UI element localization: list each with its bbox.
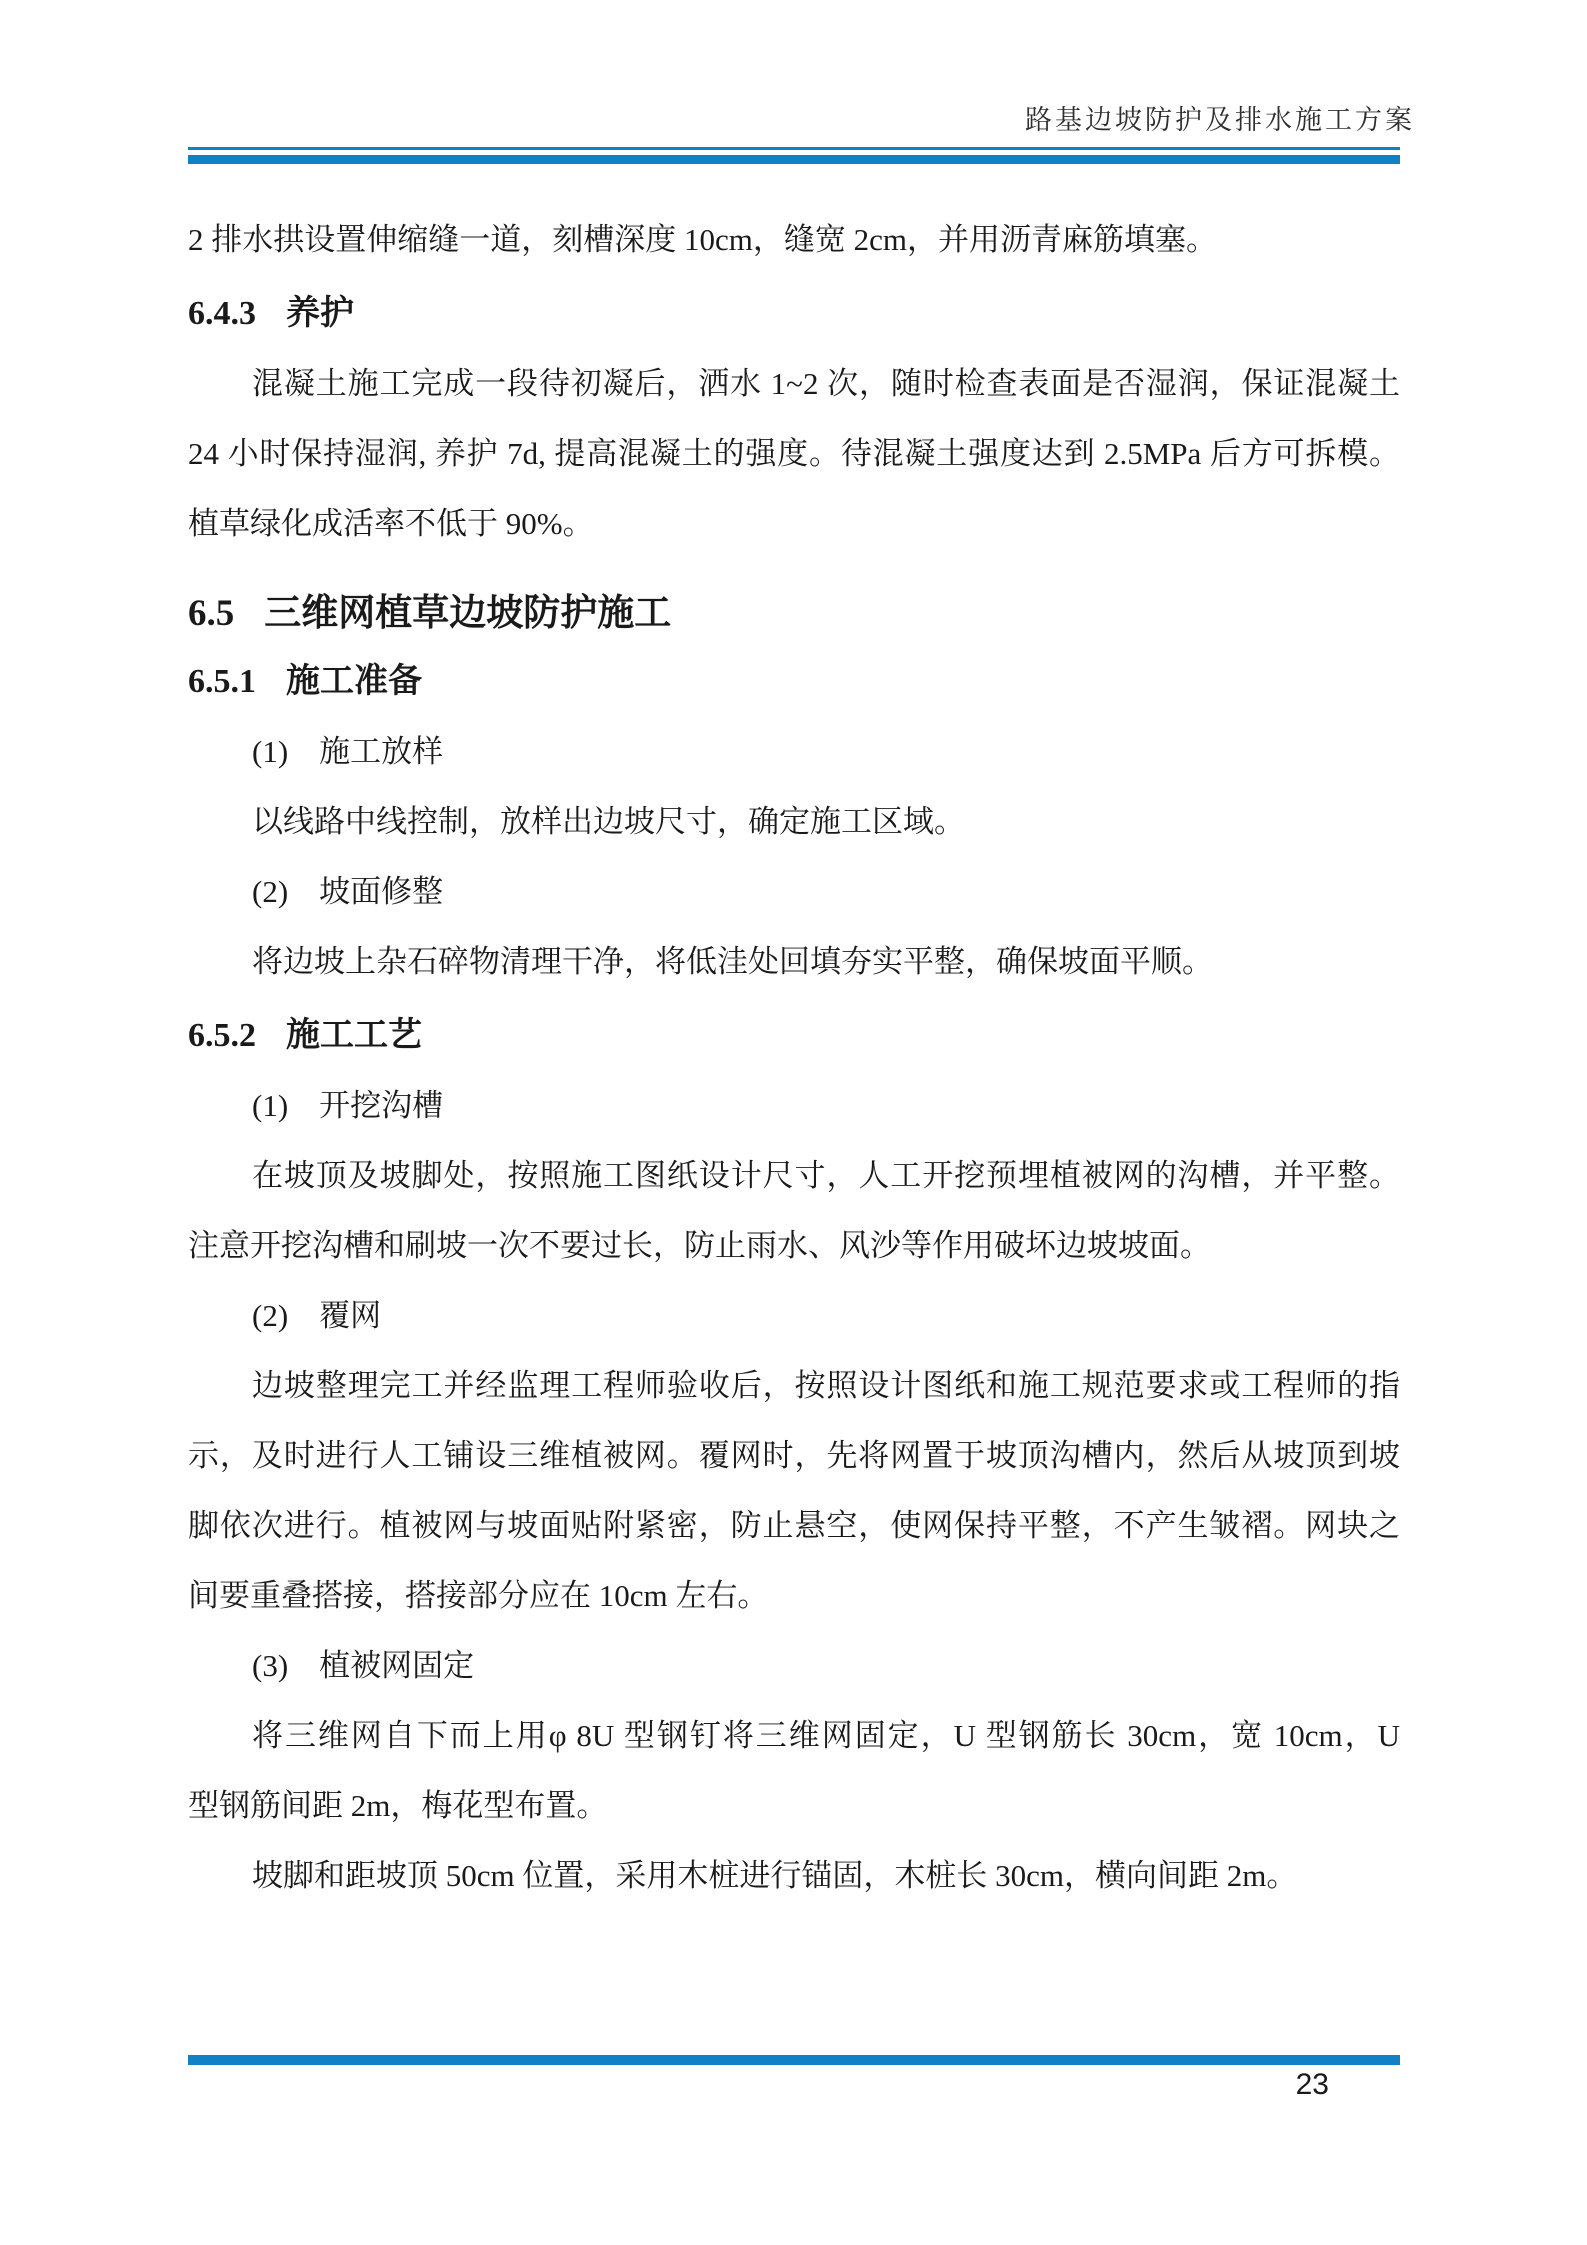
section-title: 三维网植草边坡防护施工 bbox=[264, 593, 671, 634]
paragraph-line: 植草绿化成活率不低于 90%。 bbox=[188, 489, 1400, 559]
paragraph-line: (1) 施工放样 bbox=[188, 717, 1400, 787]
section-number: 6.5.1 bbox=[188, 663, 256, 700]
section-number: 6.4.3 bbox=[188, 295, 256, 332]
paragraph-line: (2) 坡面修整 bbox=[188, 857, 1400, 927]
paragraph-line: 型钢筋间距 2m，梅花型布置。 bbox=[188, 1771, 1400, 1841]
section-heading: 6.4.3养护 bbox=[188, 289, 1400, 339]
content: 2 排水拱设置伸缩缝一道，刻槽深度 10cm，缝宽 2cm，并用沥青麻筋填塞。6… bbox=[188, 205, 1400, 1911]
paragraph-line: 注意开挖沟槽和刷坡一次不要过长，防止雨水、风沙等作用破坏边坡坡面。 bbox=[188, 1211, 1400, 1281]
section-title: 施工准备 bbox=[286, 663, 422, 700]
paragraph-line: 间要重叠搭接，搭接部分应在 10cm 左右。 bbox=[188, 1561, 1400, 1631]
section-heading: 6.5三维网植草边坡防护施工 bbox=[188, 585, 1400, 643]
header-title: 路基边坡防护及排水施工方案 bbox=[1025, 98, 1415, 137]
section-heading: 6.5.1施工准备 bbox=[188, 657, 1400, 707]
paragraph-line: 24 小时保持湿润, 养护 7d, 提高混凝土的强度。待混凝土强度达到 2.5M… bbox=[188, 419, 1400, 489]
section-heading: 6.5.2施工工艺 bbox=[188, 1011, 1400, 1061]
page-number: 23 bbox=[1296, 2068, 1329, 2102]
paragraph-line: 边坡整理完工并经监理工程师验收后，按照设计图纸和施工规范要求或工程师的指 bbox=[188, 1351, 1400, 1421]
paragraph-line: 在坡顶及坡脚处，按照施工图纸设计尺寸，人工开挖预埋植被网的沟槽，并平整。 bbox=[188, 1141, 1400, 1211]
header-rule-thin bbox=[188, 147, 1400, 150]
paragraph-line: 以线路中线控制，放样出边坡尺寸，确定施工区域。 bbox=[188, 787, 1400, 857]
paragraph-line: 脚依次进行。植被网与坡面贴附紧密，防止悬空，使网保持平整，不产生皱褶。网块之 bbox=[188, 1491, 1400, 1561]
section-number: 6.5 bbox=[188, 593, 234, 634]
paragraph-line: (1) 开挖沟槽 bbox=[188, 1071, 1400, 1141]
paragraph-line: 坡脚和距坡顶 50cm 位置，采用木桩进行锚固，木桩长 30cm，横向间距 2m… bbox=[188, 1841, 1400, 1911]
paragraph-line: 将边坡上杂石碎物清理干净，将低洼处回填夯实平整，确保坡面平顺。 bbox=[188, 927, 1400, 997]
header-rule-thick bbox=[188, 155, 1400, 164]
section-number: 6.5.2 bbox=[188, 1017, 256, 1054]
document-page: 路基边坡防护及排水施工方案 2 排水拱设置伸缩缝一道，刻槽深度 10cm，缝宽 … bbox=[0, 0, 1587, 2245]
section-title: 施工工艺 bbox=[286, 1017, 422, 1054]
paragraph-line: (3) 植被网固定 bbox=[188, 1631, 1400, 1701]
paragraph-line: 2 排水拱设置伸缩缝一道，刻槽深度 10cm，缝宽 2cm，并用沥青麻筋填塞。 bbox=[188, 205, 1400, 275]
paragraph-line: 示，及时进行人工铺设三维植被网。覆网时，先将网置于坡顶沟槽内，然后从坡顶到坡 bbox=[188, 1421, 1400, 1491]
paragraph-line: 将三维网自下而上用φ 8U 型钢钉将三维网固定，U 型钢筋长 30cm，宽 10… bbox=[188, 1701, 1400, 1771]
paragraph-line: (2) 覆网 bbox=[188, 1281, 1400, 1351]
footer-bar bbox=[188, 2055, 1400, 2065]
section-title: 养护 bbox=[286, 295, 354, 332]
paragraph-line: 混凝土施工完成一段待初凝后，洒水 1~2 次，随时检查表面是否湿润，保证混凝土 bbox=[188, 349, 1400, 419]
